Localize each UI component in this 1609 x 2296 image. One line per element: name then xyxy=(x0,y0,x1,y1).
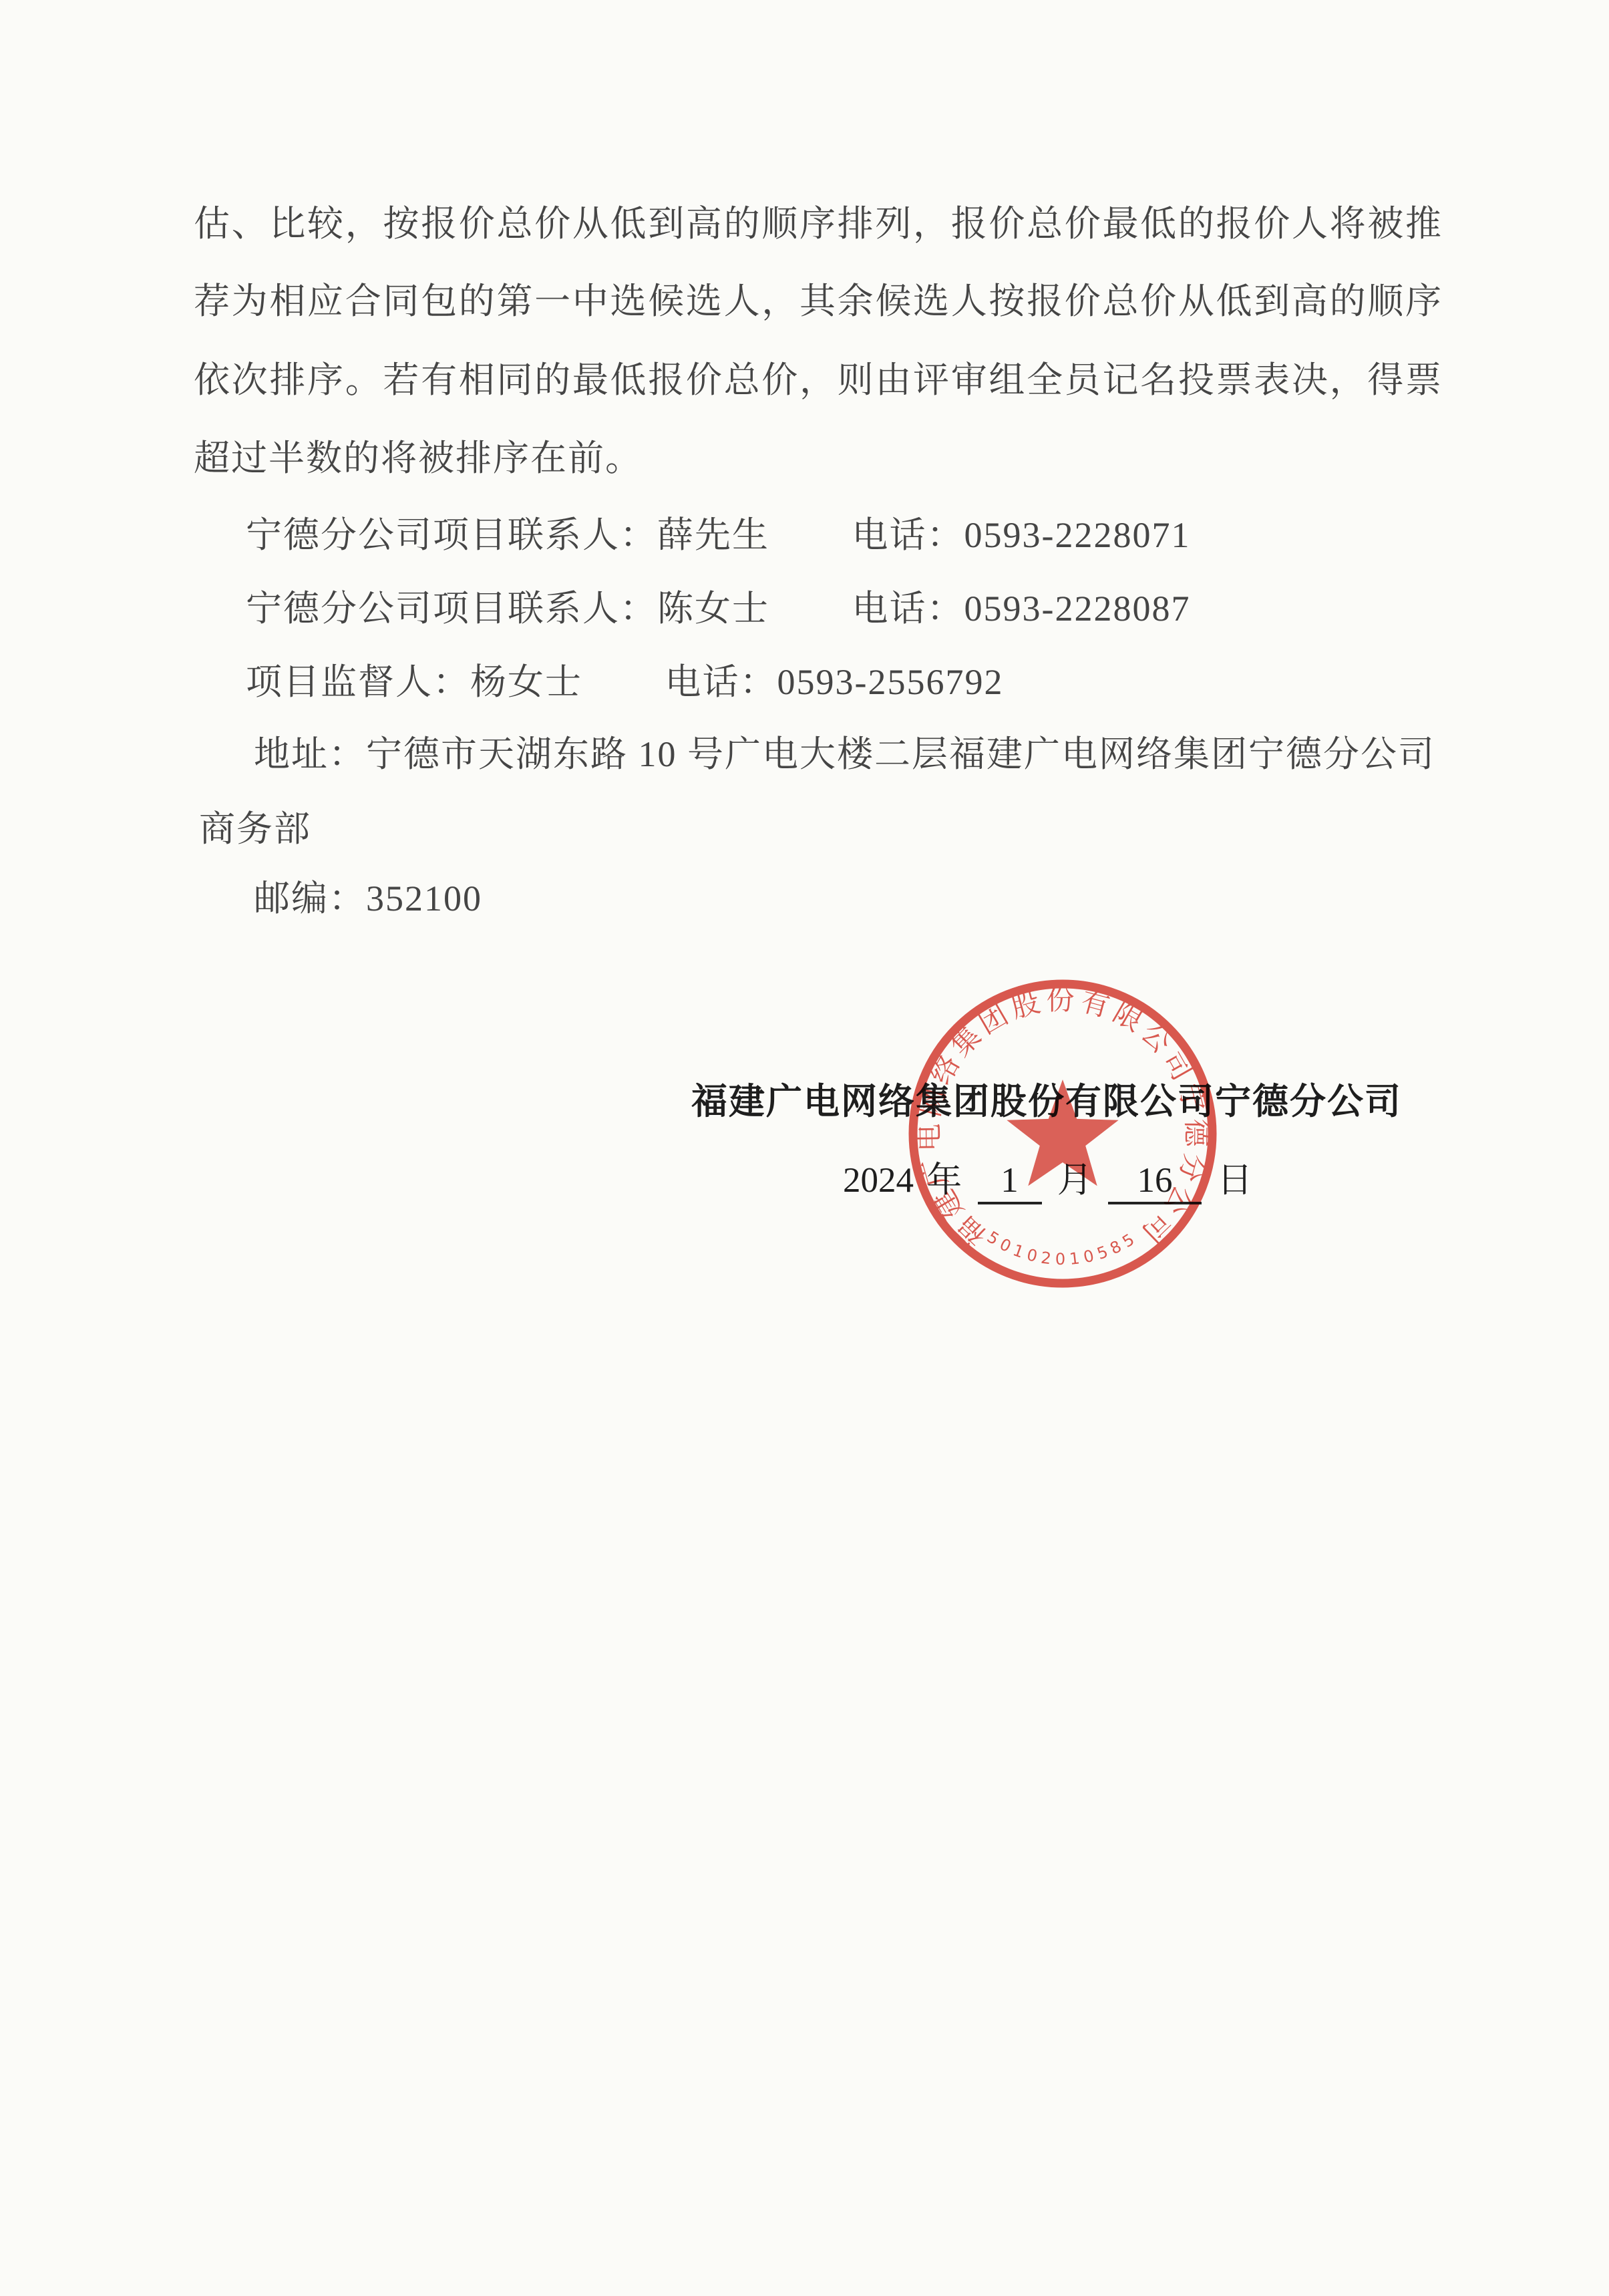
supervisor-label: 项目监督人：杨女士 xyxy=(246,662,582,702)
postal-code-line: 邮编：352100 xyxy=(254,878,482,919)
seal-star-icon xyxy=(1007,1080,1118,1186)
supervisor-line: 项目监督人：杨女士 电话：0593-2556792 xyxy=(246,662,1003,702)
contact-person-label: 宁德分公司项目联系人：陈女士 xyxy=(246,589,769,629)
address-line: 地址：宁德市天湖东路 10 号广电大楼二层福建广电网络集团宁德分公司 xyxy=(254,734,1435,774)
paragraph-line: 荐为相应合同包的第一中选候选人，其余候选人按报价总价从低到高的顺序 xyxy=(194,281,1443,321)
contact-person-label: 宁德分公司项目联系人：薛先生 xyxy=(246,515,769,555)
contact-line: 宁德分公司项目联系人：薛先生 电话：0593-2228071 xyxy=(246,515,1190,555)
address-line-continuation: 商务部 xyxy=(199,809,311,849)
contact-phone: 电话：0593-2228087 xyxy=(852,589,1191,629)
paragraph-line: 依次排序。若有相同的最低报价总价，则由评审组全员记名投票表决，得票 xyxy=(194,360,1443,400)
contact-phone: 电话：0593-2228071 xyxy=(852,515,1191,555)
paragraph-line: 估、比较，按报价总价从低到高的顺序排列，报价总价最低的报价人将被推 xyxy=(194,204,1443,244)
company-seal-stamp: 福建广电网络集团股份有限公司宁德分公司 3501020105853 xyxy=(903,974,1222,1293)
contact-line: 宁德分公司项目联系人：陈女士 电话：0593-2228087 xyxy=(246,589,1190,629)
paragraph-line: 超过半数的将被排序在前。 xyxy=(194,438,1443,478)
scanned-document-page: 估、比较，按报价总价从低到高的顺序排列，报价总价最低的报价人将被推 荐为相应合同… xyxy=(0,0,1609,2296)
date-day-label: 日 xyxy=(1217,1161,1252,1200)
supervisor-phone: 电话：0593-2556792 xyxy=(665,662,1004,702)
